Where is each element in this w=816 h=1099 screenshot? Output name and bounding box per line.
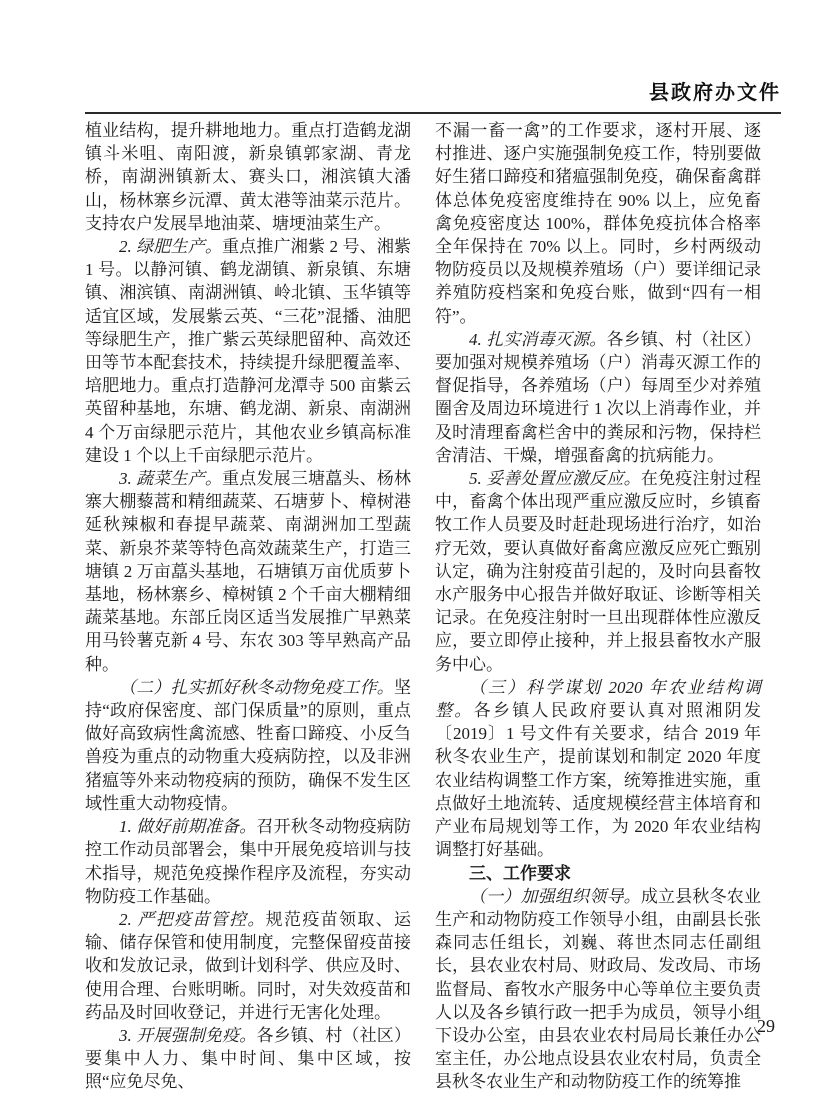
column-left: 植业结构，提升耕地地力。重点打造鹤龙湖镇斗米咀、南阳渡，新泉镇郭家湖、青龙桥，南…: [85, 119, 411, 1094]
paragraph-text: 各乡镇人民政府要认真对照湘阴发〔2019〕1 号文件有关要求，结合 2019 年…: [435, 701, 761, 859]
paragraph-text: 三、工作要求: [469, 864, 571, 883]
paragraph-lead-in: 5. 妥善处置应激反应。: [469, 469, 641, 488]
paragraph: 3. 蔬菜生产。重点发展三塘藠头、杨林寨大棚藜蒿和精细蔬菜、石塘萝卜、樟树港延秋…: [85, 467, 411, 676]
paragraph: （二）扎实抓好秋冬动物免疫工作。坚持“政府保密度、部门保质量”的原则，重点做好高…: [85, 676, 411, 815]
paragraph-text: 不漏一畜一禽”的工作要求，逐村开展、逐村推进、逐户实施强制免疫工作，特别要做好生…: [435, 121, 761, 326]
document-body: 植业结构，提升耕地地力。重点打造鹤龙湖镇斗米咀、南阳渡，新泉镇郭家湖、青龙桥，南…: [85, 119, 781, 1094]
page-number: 29: [85, 1016, 775, 1037]
header-title: 县政府办文件: [649, 82, 781, 104]
paragraph-text: 重点推广湘紫 2 号、湘紫 1 号。以静河镇、鹤龙湖镇、新泉镇、东塘镇、湘滨镇、…: [85, 237, 411, 465]
paragraph-lead-in: （二）扎实抓好秋冬动物免疫工作。: [119, 678, 394, 697]
paragraph: 2. 绿肥生产。重点推广湘紫 2 号、湘紫 1 号。以静河镇、鹤龙湖镇、新泉镇、…: [85, 235, 411, 467]
paragraph-text: 成立县秋冬农业生产和动物防疫工作领导小组，由副县长张森同志任组长，刘巍、蒋世杰同…: [435, 887, 761, 1092]
paragraph-text: 植业结构，提升耕地地力。重点打造鹤龙湖镇斗米咀、南阳渡，新泉镇郭家湖、青龙桥，南…: [85, 121, 411, 233]
paragraph-lead-in: 1. 做好前期准备。: [119, 817, 257, 836]
paragraph-lead-in: 2. 绿肥生产。: [119, 237, 222, 256]
paragraph: 4. 扎实消毒灭源。各乡镇、村（社区）要加强对规模养殖场（户）消毒灭源工作的督促…: [435, 328, 761, 467]
paragraph: 2. 严把疫苗管控。规范疫苗领取、运输、储存保管和使用制度，完整保留疫苗接收和发…: [85, 908, 411, 1024]
section-heading: 三、工作要求: [435, 862, 761, 885]
paragraph: 植业结构，提升耕地地力。重点打造鹤龙湖镇斗米咀、南阳渡，新泉镇郭家湖、青龙桥，南…: [85, 119, 411, 235]
paragraph: （三）科学谋划 2020 年农业结构调整。各乡镇人民政府要认真对照湘阴发〔201…: [435, 676, 761, 862]
paragraph-text: 坚持“政府保密度、部门保质量”的原则，重点做好高致病性禽流感、牲畜口蹄疫、小反刍…: [85, 678, 411, 813]
paragraph: 不漏一畜一禽”的工作要求，逐村开展、逐村推进、逐户实施强制免疫工作，特别要做好生…: [435, 119, 761, 328]
paragraph: 1. 做好前期准备。召开秋冬动物疫病防控工作动员部署会，集中开展免疫培训与技术指…: [85, 815, 411, 908]
document-page: 县政府办文件 植业结构，提升耕地地力。重点打造鹤龙湖镇斗米咀、南阳渡，新泉镇郭家…: [0, 0, 816, 1099]
paragraph: （一）加强组织领导。成立县秋冬农业生产和动物防疫工作领导小组，由副县长张森同志任…: [435, 885, 761, 1094]
paragraph-lead-in: 3. 蔬菜生产。: [119, 469, 222, 488]
paragraph-text: 各乡镇、村（社区）要加强对规模养殖场（户）消毒灭源工作的督促指导，各养殖场（户）…: [435, 330, 761, 465]
paragraph-text: 在免疫注射过程中，畜禽个体出现严重应激反应时，乡镇畜牧工作人员要及时赶赴现场进行…: [435, 469, 761, 674]
column-right: 不漏一畜一禽”的工作要求，逐村开展、逐村推进、逐户实施强制免疫工作，特别要做好生…: [435, 119, 761, 1094]
paragraph-lead-in: 4. 扎实消毒灭源。: [469, 330, 607, 349]
paragraph: 5. 妥善处置应激反应。在免疫注射过程中，畜禽个体出现严重应激反应时，乡镇畜牧工…: [435, 467, 761, 676]
paragraph-lead-in: （一）加强组织领导。: [469, 887, 641, 906]
paragraph-lead-in: 2. 严把疫苗管控。: [119, 910, 266, 929]
paragraph-text: 重点发展三塘藠头、杨林寨大棚藜蒿和精细蔬菜、石塘萝卜、樟树港延秋辣椒和春提早蔬菜…: [85, 469, 411, 674]
page-header: 县政府办文件: [85, 76, 781, 114]
